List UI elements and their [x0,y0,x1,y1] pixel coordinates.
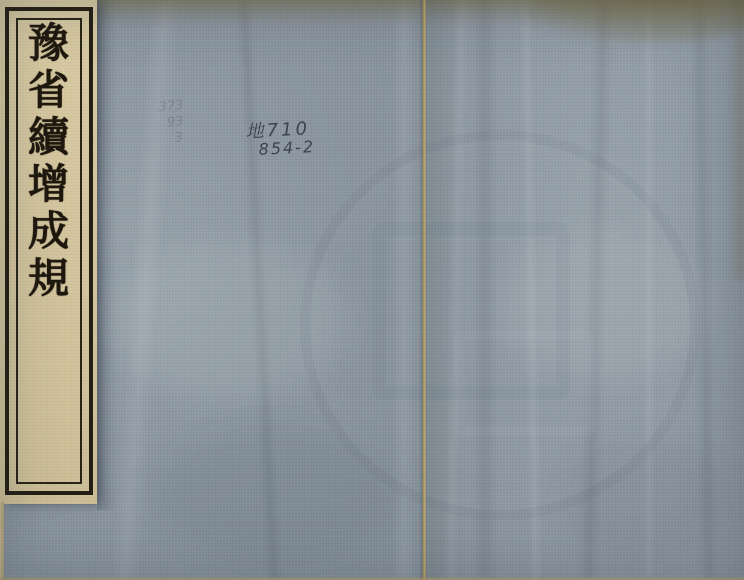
title-char: 豫 [28,20,69,67]
title-char: 續 [28,114,69,161]
faint-pencil-line: 3 [174,130,187,147]
faint-pencil-line: 93 [166,114,185,131]
title-char: 增 [28,161,69,208]
book-cover-scan: 豫 省 續 增 成 規 373 93 3 地710 854-2 [0,0,744,580]
title-label: 豫 省 續 增 成 規 [0,0,97,504]
handwritten-call-number: 地710 854-2 [237,114,316,160]
title-char: 規 [28,255,69,302]
age-stain-right-edge [728,0,744,280]
title-char: 省 [28,67,69,114]
title-char: 成 [28,208,69,255]
cover-fold-shadow [429,0,465,580]
call-number-line: 854-2 [258,137,315,159]
cover-bottom-edge [0,576,744,580]
ghost-watermark-shape [455,330,595,436]
cover-left-edge-strip [0,502,4,580]
faint-pencil-number: 373 93 3 [158,98,187,148]
title-vertical-text: 豫 省 續 增 成 規 [0,20,97,302]
cover-fold-seam [419,0,429,580]
label-edge-shadow [97,0,117,510]
